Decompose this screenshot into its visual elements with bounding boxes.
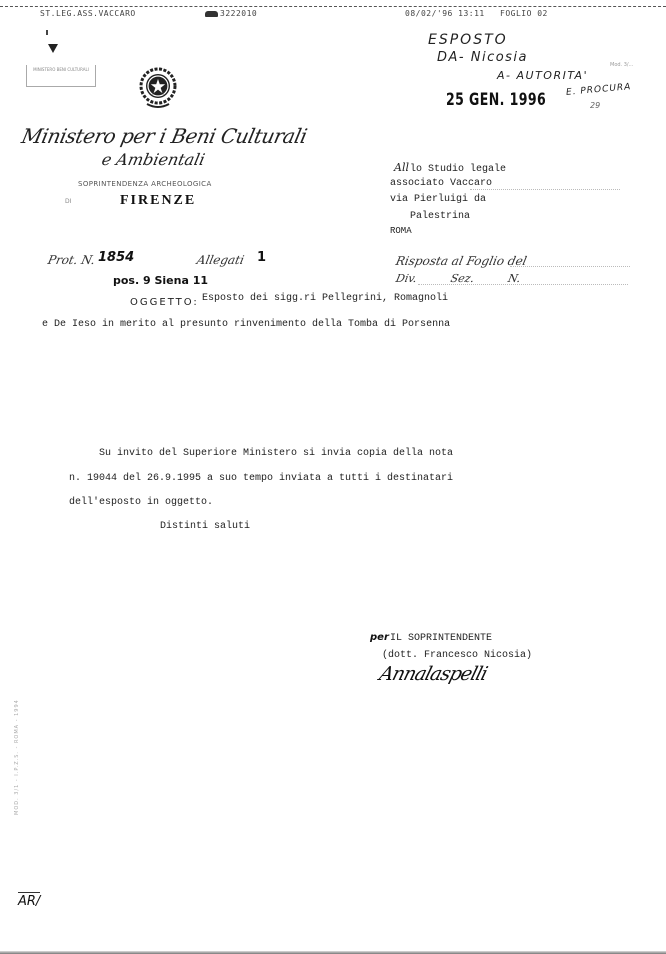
fax-sender: ST.LEG.ASS.VACCARO bbox=[40, 9, 136, 18]
ministry-name-line2: e Ambientali bbox=[100, 150, 207, 169]
attachments-count: 1 bbox=[257, 250, 266, 265]
body-line3: dell'esposto in oggetto. bbox=[69, 497, 213, 508]
closing-salutation: Distinti saluti bbox=[160, 521, 250, 532]
form-model-label: Mod. 3/... bbox=[610, 62, 633, 68]
recipient-prefix: All bbox=[394, 161, 409, 174]
stamp-triangle-icon bbox=[48, 44, 58, 53]
attachments-label: Allegati bbox=[196, 253, 246, 267]
reply-div-label: Div. bbox=[395, 272, 419, 285]
stamp-mark-dot bbox=[46, 30, 48, 35]
signatory-title: IL SOPRINTENDENTE bbox=[390, 633, 492, 644]
recipient-line1: Alllo Studio legale bbox=[394, 161, 506, 175]
typist-initials: AR/ bbox=[18, 892, 40, 909]
fax-phone: 3222010 bbox=[205, 9, 257, 18]
fax-header-rule bbox=[0, 6, 666, 7]
reply-dotted-line bbox=[510, 266, 630, 267]
position-note: pos. 9 Siena 11 bbox=[113, 274, 208, 287]
subject-line2: e De Ieso in merito al presunto rinvenim… bbox=[42, 319, 450, 330]
recipient-line3: via Pierluigi da bbox=[390, 194, 486, 205]
subject-line1: Esposto dei sigg.ri Pellegrini, Romagnol… bbox=[202, 293, 448, 304]
fax-datetime: 08/02/'96 13:11 bbox=[405, 9, 485, 18]
recipient-line1-text: lo Studio legale bbox=[410, 164, 506, 175]
protocol-label: Prot. N. bbox=[47, 253, 97, 267]
handwritten-note-line5: 29 bbox=[590, 101, 600, 110]
body-line2: n. 19044 del 26.9.1995 a suo tempo invia… bbox=[69, 473, 453, 484]
signatory-name: (dott. Francesco Nicosia) bbox=[382, 650, 532, 661]
signature-per: per bbox=[370, 632, 389, 643]
handwritten-note-line2: DA- Nicosia bbox=[437, 50, 528, 65]
italian-republic-emblem-icon bbox=[139, 66, 177, 110]
handwritten-note-line4: E. PROCURA bbox=[566, 82, 632, 98]
protocol-number: 1854 bbox=[98, 250, 134, 265]
handwritten-signature: Annalaspelli bbox=[377, 663, 489, 685]
office-city: FIRENZE bbox=[120, 193, 196, 209]
reply-reference-label: Risposta al Foglio del bbox=[395, 254, 529, 268]
department-name: SOPRINTENDENZA ARCHEOLOGICA bbox=[78, 180, 212, 188]
handwritten-note-line1: ESPOSTO bbox=[428, 32, 508, 48]
office-prefix: DI bbox=[65, 198, 71, 205]
recipient-line2: associato Vaccaro bbox=[390, 178, 492, 189]
reply-dotted-line-2 bbox=[418, 284, 628, 285]
fax-phone-number: 3222010 bbox=[220, 9, 257, 18]
recipient-line4: Palestrina bbox=[410, 211, 470, 222]
margin-print-code: MOD. 3/1 - I.P.Z.S. - ROMA - 1994 bbox=[14, 680, 22, 815]
body-line1: Su invito del Superiore Ministero si inv… bbox=[99, 448, 453, 459]
recipient-line5: ROMA bbox=[390, 226, 412, 236]
telephone-icon bbox=[205, 11, 218, 17]
subject-label: OGGETTO: bbox=[130, 297, 199, 308]
received-date-stamp: 25 GEN. 1996 bbox=[446, 90, 546, 110]
fax-page-number: FOGLIO 02 bbox=[500, 9, 548, 18]
address-dotted-line bbox=[470, 189, 620, 190]
archive-stamp: MINISTERO BENI CULTURALI bbox=[26, 65, 96, 87]
handwritten-note-line3: A- AUTORITA' bbox=[497, 69, 588, 82]
ministry-name-line1: Ministero per i Beni Culturali bbox=[19, 124, 309, 148]
